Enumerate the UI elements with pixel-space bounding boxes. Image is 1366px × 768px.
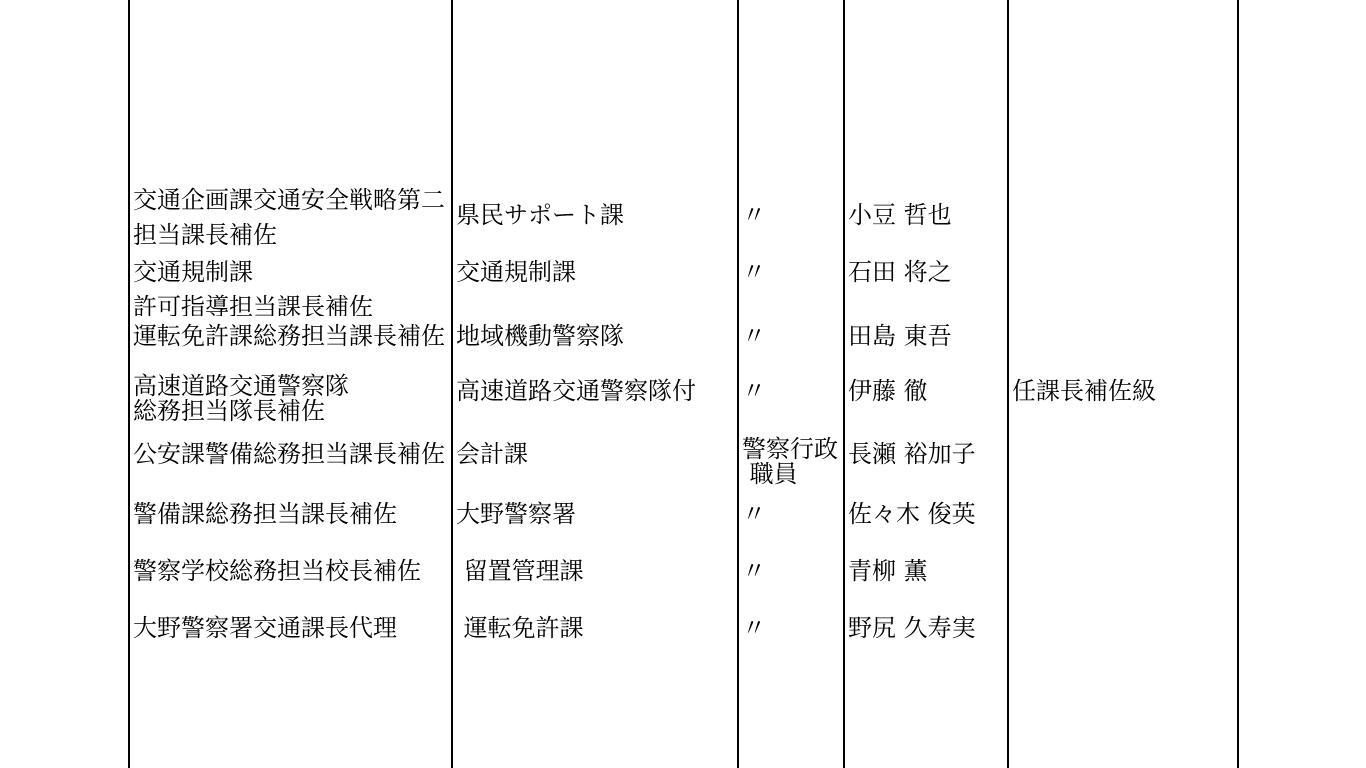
cell-remark [1007,180,1237,252]
cell-remark: 任課長補佐級 [1007,371,1237,434]
document-page: 交通企画課交通安全戦略第二 担当課長補佐 県民サポート課 〃 小豆 哲也 交通規… [0,0,1366,768]
cell-position: 公安課警備総務担当課長補佐 [130,434,451,494]
cell-staff-type: 〃 [737,608,843,664]
cell-person-name: 伊藤 徹 [843,371,1007,434]
cell-person-name: 長瀬 裕加子 [843,434,1007,494]
cell-position: 大野警察署交通課長代理 [130,608,451,664]
personnel-table: 交通企画課交通安全戦略第二 担当課長補佐 県民サポート課 〃 小豆 哲也 交通規… [130,0,1237,768]
cell-staff-type: 〃 [737,252,843,316]
cell-remark [1007,608,1237,664]
cell-staff-type: 〃 [737,551,843,608]
cell-remark [1007,494,1237,551]
cell-person-name: 小豆 哲也 [843,180,1007,252]
cell-person-name: 田島 東吾 [843,316,1007,371]
cell-department: 大野警察署 [451,494,737,551]
cell-person-name: 野尻 久寿実 [843,608,1007,664]
cell-staff-type: 〃 [737,316,843,371]
cell-person-name: 青柳 薫 [843,551,1007,608]
cell-position: 高速道路交通警察隊 総務担当隊長補佐 [130,371,451,434]
cell-staff-type: 〃 [737,371,843,434]
cell-position: 警備課総務担当課長補佐 [130,494,451,551]
cell-department: 留置管理課 [451,551,737,608]
table-vertical-border [1237,0,1239,768]
cell-remark [1007,434,1237,494]
cell-remark [1007,252,1237,316]
table-bottom-spacer [130,664,1237,768]
cell-remark [1007,316,1237,371]
cell-department: 県民サポート課 [451,180,737,252]
cell-department: 交通規制課 [451,252,737,316]
cell-staff-type: 〃 [737,180,843,252]
cell-department: 高速道路交通警察隊付 [451,371,737,434]
cell-position: 運転免許課総務担当課長補佐 [130,316,451,371]
cell-department: 地域機動警察隊 [451,316,737,371]
cell-remark [1007,551,1237,608]
cell-department: 運転免許課 [451,608,737,664]
cell-person-name: 石田 将之 [843,252,1007,316]
cell-person-name: 佐々木 俊英 [843,494,1007,551]
table-top-spacer [130,0,1237,180]
cell-department: 会計課 [451,434,737,494]
cell-position: 警察学校総務担当校長補佐 [130,551,451,608]
cell-staff-type: 〃 [737,494,843,551]
cell-position: 交通規制課 許可指導担当課長補佐 [130,252,451,316]
cell-staff-type: 警察行政 職員 [737,434,843,494]
cell-position: 交通企画課交通安全戦略第二 担当課長補佐 [130,180,451,252]
